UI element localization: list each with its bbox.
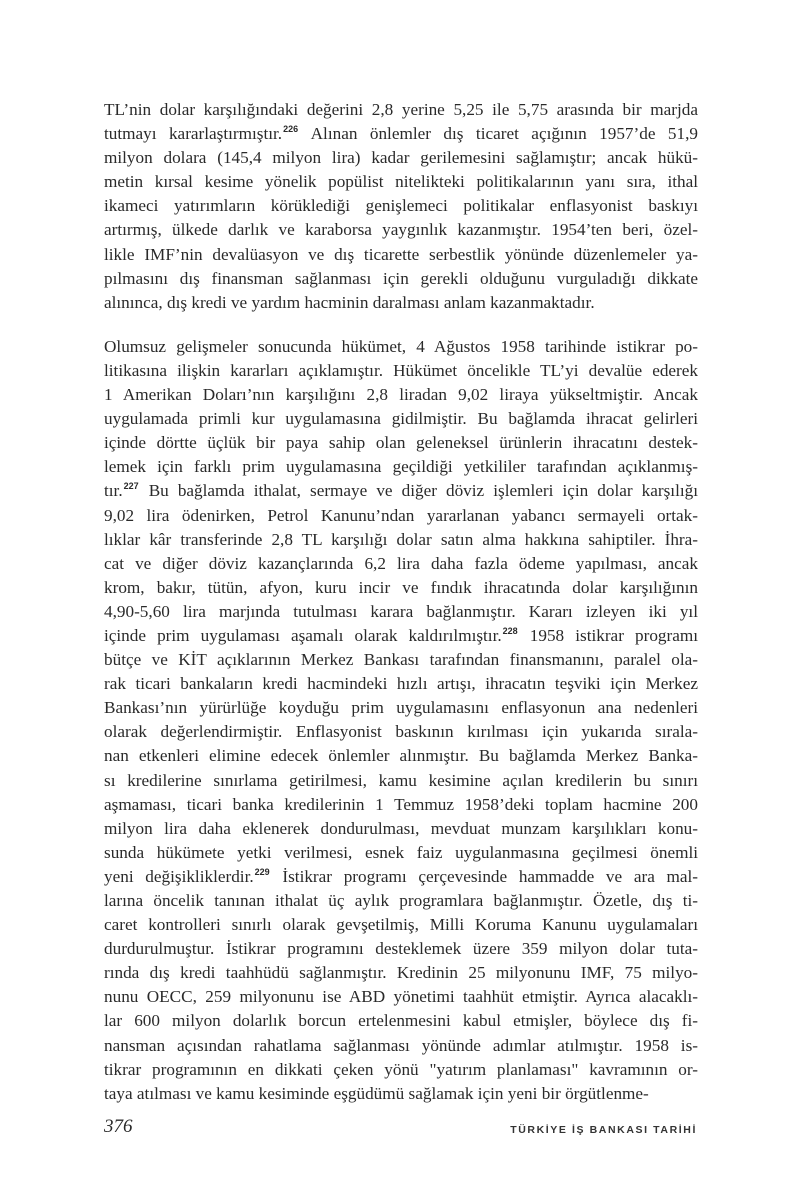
line-text: 1 Amerikan Doları’nın karşılığını 2,8 li…	[104, 385, 698, 404]
page-number: 376	[104, 1116, 133, 1138]
text-line: nunu OECC, 259 milyonunu ise ABD yönetim…	[104, 985, 698, 1009]
text-line: içinde dörtte üçlük bir paya sahip olan …	[104, 431, 698, 455]
line-text: lemek için farklı prim uygulamasına geçi…	[104, 457, 698, 476]
text-line: Olumsuz gelişmeler sonucunda hükümet, 4 …	[104, 335, 698, 359]
text-line: yeni değişikliklerdir.229 İstikrar progr…	[104, 865, 698, 889]
text-line: metin kırsal kesime yönelik popülist nit…	[104, 170, 698, 194]
text-line: larına öncelik tanınan ithalat üç aylık …	[104, 889, 698, 913]
text-line: Bankası’nın yürürlüğe koyduğu prim uygul…	[104, 696, 698, 720]
text-line: sunda hükümete yetki verilmesi, esnek fa…	[104, 841, 698, 865]
text-line: rında dış kredi taahhüdü sağlanmıştır. K…	[104, 961, 698, 985]
footnote-marker: 228	[503, 626, 518, 636]
text-line: rak ticari bankaların kredi hacmindeki h…	[104, 672, 698, 696]
line-text: nan etkenleri elimine edecek önlemler al…	[104, 746, 698, 765]
text-line: caret kontrolleri sınırlı olarak gevşeti…	[104, 913, 698, 937]
text-line: tikrar programının en dikkati çeken yönü…	[104, 1058, 698, 1082]
line-text: taya atılması ve kamu kesiminde eşgüdümü…	[104, 1084, 649, 1103]
line-text: rında dış kredi taahhüdü sağlanmıştır. K…	[104, 963, 698, 982]
line-text: içinde prim uygulaması aşamalı olarak ka…	[104, 626, 502, 645]
line-text: metin kırsal kesime yönelik popülist nit…	[104, 172, 698, 191]
text-line: milyon lira daha eklenerek dondurulması,…	[104, 817, 698, 841]
paragraph-2: Olumsuz gelişmeler sonucunda hükümet, 4 …	[104, 335, 698, 1106]
line-text-continued: 1958 istikrar programı	[519, 626, 698, 645]
line-text: artırmış, ülkede darlık ve karaborsa yay…	[104, 220, 698, 239]
line-text: TL’nin dolar karşılığındaki değerini 2,8…	[104, 100, 698, 119]
line-text: uygulamada primli kur uygulamasına gidil…	[104, 409, 698, 428]
text-line: durdurulmuştur. İstikrar programını dest…	[104, 937, 698, 961]
line-text: nansman açısından rahatlama sağlanması y…	[104, 1036, 698, 1055]
text-line: tır.227 Bu bağlamda ithalat, sermaye ve …	[104, 479, 698, 503]
line-text-continued: Alınan önlemler dış ticaret açığının 195…	[299, 124, 698, 143]
line-text: olarak değerlendirmiştir. Enflasyonist b…	[104, 722, 698, 741]
line-text: caret kontrolleri sınırlı olarak gevşeti…	[104, 915, 698, 934]
text-line: pılmasını dış finansman sağlanması için …	[104, 267, 698, 291]
text-line: cat ve diğer döviz kazançlarında 6,2 lir…	[104, 552, 698, 576]
line-text: içinde dörtte üçlük bir paya sahip olan …	[104, 433, 698, 452]
footnote-marker: 227	[124, 481, 139, 491]
text-line: nan etkenleri elimine edecek önlemler al…	[104, 744, 698, 768]
paragraph-1: TL’nin dolar karşılığındaki değerini 2,8…	[104, 98, 698, 315]
text-line: nansman açısından rahatlama sağlanması y…	[104, 1034, 698, 1058]
text-line: 4,90-5,60 lira marjında tutulması karara…	[104, 600, 698, 624]
line-text: sunda hükümete yetki verilmesi, esnek fa…	[104, 843, 698, 862]
line-text: sı kredilerine sınırlama getirilmesi, ka…	[104, 771, 698, 790]
text-line: lar 600 milyon dolarlık borcun ertelenme…	[104, 1009, 698, 1033]
line-text: lıklar kâr transferinde 2,8 TL karşılığı…	[104, 530, 698, 549]
line-text: ikameci yatırımların körüklediği genişle…	[104, 196, 698, 215]
text-line: krom, bakır, tütün, afyon, kuru incir ve…	[104, 576, 698, 600]
text-line: içinde prim uygulaması aşamalı olarak ka…	[104, 624, 698, 648]
line-text: tutmayı kararlaştırmıştır.	[104, 124, 282, 143]
line-text: alınınca, dış kredi ve yardım hacminin d…	[104, 293, 595, 312]
body-text: TL’nin dolar karşılığındaki değerini 2,8…	[104, 98, 698, 1106]
line-text: pılmasını dış finansman sağlanması için …	[104, 269, 698, 288]
line-text: Bankası’nın yürürlüğe koyduğu prim uygul…	[104, 698, 698, 717]
line-text: nunu OECC, 259 milyonunu ise ABD yönetim…	[104, 987, 698, 1006]
line-text: milyon dolara (145,4 milyon lira) kadar …	[104, 148, 698, 167]
line-text: yeni değişikliklerdir.	[104, 867, 254, 886]
line-text: 4,90-5,60 lira marjında tutulması karara…	[104, 602, 698, 621]
text-line: artırmış, ülkede darlık ve karaborsa yay…	[104, 218, 698, 242]
line-text: likle IMF’nin devalüasyon ve dış ticaret…	[104, 245, 698, 264]
text-line: tutmayı kararlaştırmıştır.226 Alınan önl…	[104, 122, 698, 146]
line-text: larına öncelik tanınan ithalat üç aylık …	[104, 891, 698, 910]
line-text: Olumsuz gelişmeler sonucunda hükümet, 4 …	[104, 337, 698, 356]
line-text: bütçe ve KİT açıklarının Merkez Bankası …	[104, 650, 698, 669]
line-text: aşmaması, ticari banka kredilerinin 1 Te…	[104, 795, 698, 814]
footnote-marker: 226	[283, 124, 298, 134]
text-line: TL’nin dolar karşılığındaki değerini 2,8…	[104, 98, 698, 122]
line-text: krom, bakır, tütün, afyon, kuru incir ve…	[104, 578, 698, 597]
text-line: litikasına ilişkin kararları açıklamıştı…	[104, 359, 698, 383]
line-text: durdurulmuştur. İstikrar programını dest…	[104, 939, 698, 958]
line-text: cat ve diğer döviz kazançlarında 6,2 lir…	[104, 554, 698, 573]
text-line: uygulamada primli kur uygulamasına gidil…	[104, 407, 698, 431]
text-line: ikameci yatırımların körüklediği genişle…	[104, 194, 698, 218]
text-line: bütçe ve KİT açıklarının Merkez Bankası …	[104, 648, 698, 672]
text-line: 9,02 lira ödenirken, Petrol Kanunu’ndan …	[104, 504, 698, 528]
text-line: taya atılması ve kamu kesiminde eşgüdümü…	[104, 1082, 698, 1106]
line-text-continued: Bu bağlamda ithalat, sermaye ve diğer dö…	[140, 481, 698, 500]
text-line: milyon dolara (145,4 milyon lira) kadar …	[104, 146, 698, 170]
line-text: tır.	[104, 481, 123, 500]
book-page: TL’nin dolar karşılığındaki değerini 2,8…	[0, 0, 799, 1200]
footnote-marker: 229	[255, 867, 270, 877]
line-text-continued: İstikrar programı çerçevesinde hammadde …	[271, 867, 698, 886]
line-text: litikasına ilişkin kararları açıklamıştı…	[104, 361, 698, 380]
text-line: olarak değerlendirmiştir. Enflasyonist b…	[104, 720, 698, 744]
line-text: rak ticari bankaların kredi hacmindeki h…	[104, 674, 698, 693]
line-text: lar 600 milyon dolarlık borcun ertelenme…	[104, 1011, 698, 1030]
line-text: milyon lira daha eklenerek dondurulması,…	[104, 819, 698, 838]
line-text: tikrar programının en dikkati çeken yönü…	[104, 1060, 698, 1079]
text-line: lemek için farklı prim uygulamasına geçi…	[104, 455, 698, 479]
text-line: 1 Amerikan Doları’nın karşılığını 2,8 li…	[104, 383, 698, 407]
text-line: sı kredilerine sınırlama getirilmesi, ka…	[104, 769, 698, 793]
text-line: likle IMF’nin devalüasyon ve dış ticaret…	[104, 243, 698, 267]
paragraph-gap	[104, 315, 698, 335]
text-line: alınınca, dış kredi ve yardım hacminin d…	[104, 291, 698, 315]
text-line: aşmaması, ticari banka kredilerinin 1 Te…	[104, 793, 698, 817]
running-title: TÜRKİYE İŞ BANKASI TARİHİ	[510, 1124, 697, 1136]
line-text: 9,02 lira ödenirken, Petrol Kanunu’ndan …	[104, 506, 698, 525]
text-line: lıklar kâr transferinde 2,8 TL karşılığı…	[104, 528, 698, 552]
